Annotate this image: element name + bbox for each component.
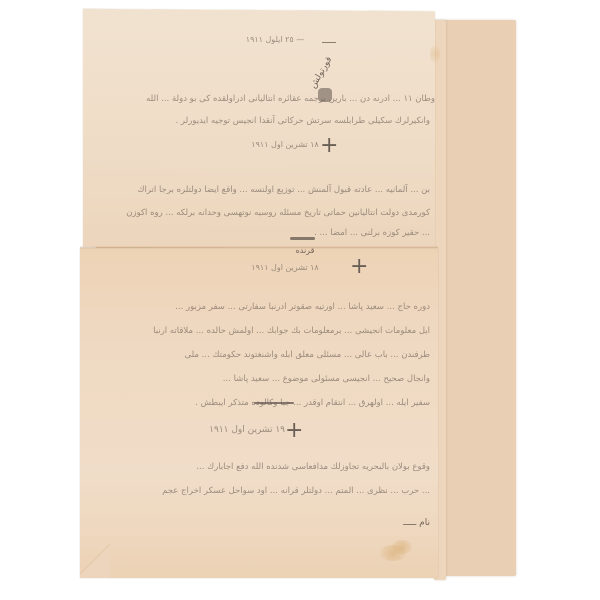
cross-mark-icon: + (320, 135, 338, 157)
edge-stain (430, 45, 440, 63)
entry-3-line-3: طرفندن ... باب عالى ... مسئلى معلق ابله … (95, 350, 430, 360)
entry-4-line-2: ... حرب ... نظرى ... المتم ... دولتلر قر… (95, 486, 430, 496)
cross-mark-icon: + (350, 256, 368, 278)
entry-2-line-1: بن ... آلمانيه ... عادته قبول آلمنش ... … (95, 185, 430, 195)
ink-scribble (318, 88, 332, 102)
entry-2-date: ١٨ تشرين اول ١٩١١ (250, 140, 320, 149)
entry-3-line-1: دوره حاج ... سعيد پاشا ... اورتيه صقوتر … (100, 302, 430, 312)
cross-mark-icon: + (285, 420, 303, 442)
fold-crease (80, 246, 438, 249)
entry-1-line-2: وانكيرلرك سكيلى طرابلسه سرتش حركاتى آنقد… (130, 116, 430, 126)
entry-2-signature: قرنده (280, 246, 330, 255)
entry-1-date: — ٢٥ ايلول ١٩١١ (230, 35, 320, 44)
entry-3-line-2: ايل معلومات انجيشى ... برمعلومات بك جواب… (95, 326, 430, 336)
entry-4-line-1: وقوع بولان بالبحريه تجاوزلك مدافعاسى شدن… (95, 462, 430, 472)
entry-1-line-1: وطان ١١ ... ادرنه دن ... بارين برجمه عقا… (85, 94, 435, 104)
entry-3-line-4: وانجال صحيح ... انجيسى مسئولى موضوع ... … (95, 374, 430, 384)
dog-eared-corner (80, 540, 110, 578)
date-dash (322, 42, 336, 43)
underline-mark (254, 402, 294, 404)
entry-4-date: ١٩ تشرين اول ١٩١١ (210, 425, 285, 435)
strikethrough-scribble (290, 237, 315, 240)
water-stain (392, 540, 412, 554)
entry-2-line-2: كورمدى دولت انتاليانين حماتى تاريخ مسئله… (95, 208, 430, 218)
entry-4-closing: نام ـــــ (380, 518, 430, 528)
document-page-lower-half (80, 248, 438, 578)
entry-3-date: ١٨ تشرين اول ١٩١١ (250, 263, 320, 272)
